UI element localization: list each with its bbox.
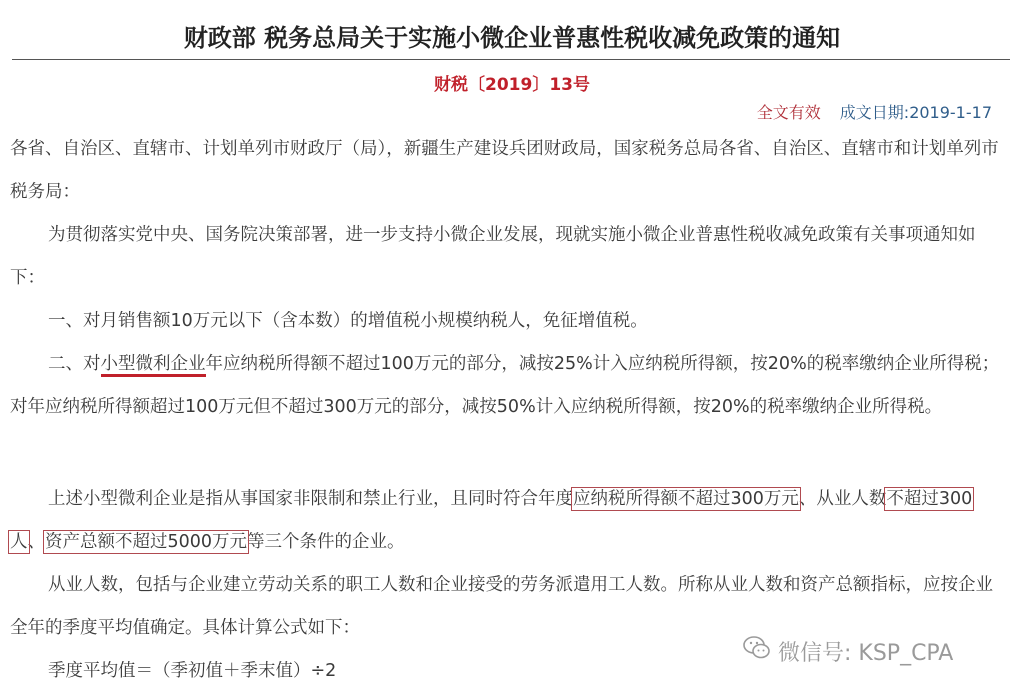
underlined-term-small-low-profit: 小型微利企业 xyxy=(101,354,206,377)
document-number: 财税〔2019〕13号 xyxy=(0,70,1024,95)
paragraph-intro: 为贯彻落实党中央、国务院决策部署，进一步支持小微企业发展，现就实施小微企业普惠性… xyxy=(10,214,1000,300)
wechat-watermark: 微信号: KSP_CPA xyxy=(742,633,953,669)
wechat-icon xyxy=(742,633,772,669)
definition-mid-2: 、 xyxy=(28,532,46,552)
document-meta: 全文有效 成文日期:2019-1-17 xyxy=(757,100,992,123)
definition-mid-1: 、从业人数 xyxy=(799,489,887,509)
definition-prefix: 上述小型微利企业是指从事国家非限制和禁止行业，且同时符合年度 xyxy=(48,489,573,509)
paragraph-addressees: 各省、自治区、直辖市、计划单列市财政厅（局），新疆生产建设兵团财政局，国家税务总… xyxy=(10,128,1000,214)
paragraph-item-1: 一、对月销售额10万元以下（含本数）的增值税小规模纳税人，免征增值税。 xyxy=(10,300,1000,343)
item-2-prefix: 二、对 xyxy=(48,354,101,374)
boxed-criterion-taxable-income: 应纳税所得额不超过300万元 xyxy=(573,489,799,509)
definition-suffix: 等三个条件的企业。 xyxy=(247,532,405,552)
validity-status: 全文有效 xyxy=(757,103,821,122)
issue-date: 成文日期:2019-1-17 xyxy=(840,103,992,122)
title-divider xyxy=(12,59,1010,60)
boxed-criterion-assets: 资产总额不超过5000万元 xyxy=(45,532,247,552)
watermark-text: 微信号: KSP_CPA xyxy=(778,636,953,667)
document-title: 财政部 税务总局关于实施小微企业普惠性税收减免政策的通知 xyxy=(0,18,1024,53)
paragraph-definition: 上述小型微利企业是指从事国家非限制和禁止行业，且同时符合年度应纳税所得额不超过3… xyxy=(10,478,1000,564)
paragraph-item-2: 二、对小型微利企业年应纳税所得额不超过100万元的部分，减按25%计入应纳税所得… xyxy=(10,343,1000,429)
